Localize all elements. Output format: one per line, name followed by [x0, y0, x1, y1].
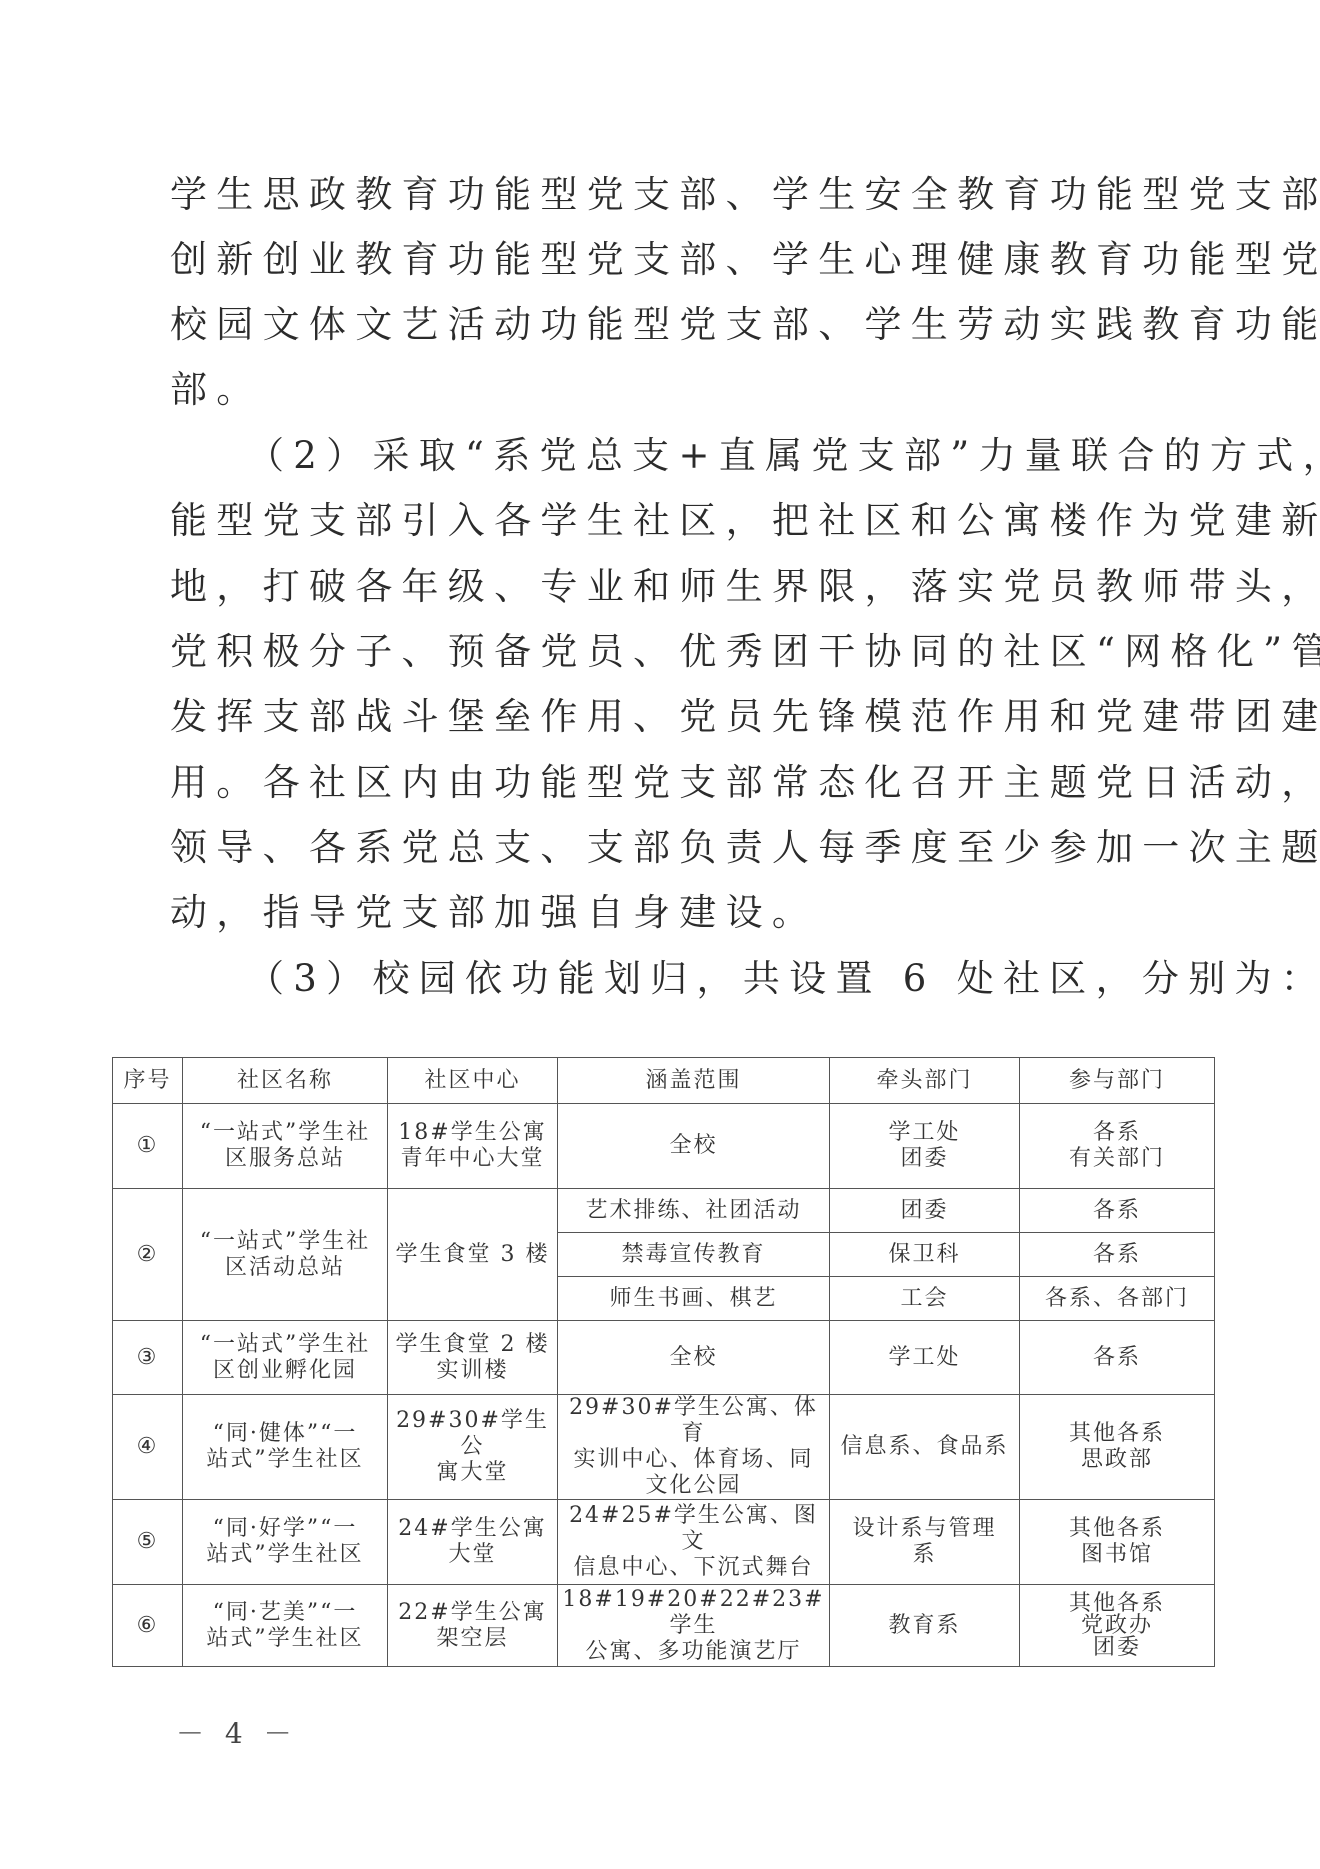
cell-participants: 各系 有关部门 — [1020, 1104, 1215, 1189]
cell-no: ③ — [113, 1321, 183, 1395]
cell-participants: 各系 — [1020, 1233, 1215, 1277]
header-scope: 涵盖范围 — [558, 1058, 830, 1104]
cell-participants: 各系 — [1020, 1321, 1215, 1395]
table-row: ① “一站式”学生社 区服务总站 18#学生公寓 青年中心大堂 全校 学工处 团… — [113, 1104, 1215, 1189]
cell-scope: 全校 — [558, 1104, 830, 1189]
paragraph-line: 发挥支部战斗堡垒作用、党员先锋模范作用和党建带团建引领作 — [170, 694, 1320, 740]
cell-center: 学生食堂 2 楼 实训楼 — [388, 1321, 558, 1395]
cell-center: 18#学生公寓 青年中心大堂 — [388, 1104, 558, 1189]
header-lead: 牵头部门 — [830, 1058, 1020, 1104]
cell-name: “一站式”学生社 区活动总站 — [183, 1189, 388, 1321]
community-table: 序号 社区名称 社区中心 涵盖范围 牵头部门 参与部门 ① “一站式”学生社 区… — [112, 1057, 1215, 1667]
paragraph-line: 领导、各系党总支、支部负责人每季度至少参加一次主题党日活 — [170, 825, 1320, 871]
cell-scope: 师生书画、棋艺 — [558, 1277, 830, 1321]
table-row: ② “一站式”学生社 区活动总站 学生食堂 3 楼 艺术排练、社团活动 团委 各… — [113, 1189, 1215, 1233]
header-participants: 参与部门 — [1020, 1058, 1215, 1104]
cell-participants: 其他各系 党政办 团委 — [1020, 1585, 1215, 1667]
table-header-row: 序号 社区名称 社区中心 涵盖范围 牵头部门 参与部门 — [113, 1058, 1215, 1104]
paragraph-line: 创新创业教育功能型党支部、学生心理健康教育功能型党支部、 — [170, 237, 1320, 283]
cell-no: ⑥ — [113, 1585, 183, 1667]
header-center: 社区中心 — [388, 1058, 558, 1104]
cell-name: “一站式”学生社 区服务总站 — [183, 1104, 388, 1189]
cell-lead: 学工处 — [830, 1321, 1020, 1395]
paragraph-line: 能型党支部引入各学生社区，把社区和公寓楼作为党建新的主阵 — [170, 498, 1320, 544]
table-row: ⑤ “同·好学”“一 站式”学生社区 24#学生公寓 大堂 24#25#学生公寓… — [113, 1500, 1215, 1585]
cell-participants: 各系、各部门 — [1020, 1277, 1215, 1321]
cell-lead: 设计系与管理 系 — [830, 1500, 1020, 1585]
cell-lead: 团委 — [830, 1189, 1020, 1233]
table-row: ④ “同·健体”“一 站式”学生社区 29#30#学生公 寓大堂 29#30#学… — [113, 1395, 1215, 1500]
table-row: ⑥ “同·艺美”“一 站式”学生社区 22#学生公寓 架空层 18#19#20#… — [113, 1585, 1215, 1667]
cell-no: ④ — [113, 1395, 183, 1500]
cell-name: “一站式”学生社 区创业孵化园 — [183, 1321, 388, 1395]
cell-scope: 禁毒宣传教育 — [558, 1233, 830, 1277]
page-number: － 4 － — [176, 1712, 298, 1752]
cell-name: “同·健体”“一 站式”学生社区 — [183, 1395, 388, 1500]
cell-lead: 学工处 团委 — [830, 1104, 1020, 1189]
cell-scope: 18#19#20#22#23#学生 公寓、多功能演艺厅 — [558, 1585, 830, 1667]
cell-center: 29#30#学生公 寓大堂 — [388, 1395, 558, 1500]
paragraph-line: 学生思政教育功能型党支部、学生安全教育功能型党支部、学生 — [170, 172, 1320, 218]
paragraph-3-heading-line: （3）校园依功能划归，共设置 6 处社区，分别为： — [247, 956, 1320, 1002]
cell-lead: 教育系 — [830, 1585, 1020, 1667]
cell-participants: 其他各系 图书馆 — [1020, 1500, 1215, 1585]
cell-scope: 24#25#学生公寓、图文 信息中心、下沉式舞台 — [558, 1500, 830, 1585]
paragraph-2-heading-line: （2）采取“系党总支+直属党支部”力量联合的方式，将功 — [247, 433, 1320, 479]
cell-scope: 全校 — [558, 1321, 830, 1395]
cell-no: ⑤ — [113, 1500, 183, 1585]
cell-name: “同·好学”“一 站式”学生社区 — [183, 1500, 388, 1585]
header-name: 社区名称 — [183, 1058, 388, 1104]
cell-participants: 各系 — [1020, 1189, 1215, 1233]
paragraph-line: 党积极分子、预备党员、优秀团干协同的社区“网格化”管理， — [170, 629, 1320, 675]
cell-name: “同·艺美”“一 站式”学生社区 — [183, 1585, 388, 1667]
header-no: 序号 — [113, 1058, 183, 1104]
cell-no: ① — [113, 1104, 183, 1189]
paragraph-line: 校园文体文艺活动功能型党支部、学生劳动实践教育功能型党支 — [170, 302, 1320, 348]
cell-lead: 保卫科 — [830, 1233, 1020, 1277]
cell-lead: 工会 — [830, 1277, 1020, 1321]
cell-center: 学生食堂 3 楼 — [388, 1189, 558, 1321]
cell-participants: 其他各系 思政部 — [1020, 1395, 1215, 1500]
cell-scope: 29#30#学生公寓、体育 实训中心、体育场、同 文化公园 — [558, 1395, 830, 1500]
document-page: 学生思政教育功能型党支部、学生安全教育功能型党支部、学生 创新创业教育功能型党支… — [0, 0, 1320, 1869]
cell-scope: 艺术排练、社团活动 — [558, 1189, 830, 1233]
cell-center: 22#学生公寓 架空层 — [388, 1585, 558, 1667]
paragraph-line: 部。 — [170, 367, 263, 413]
table-row: ③ “一站式”学生社 区创业孵化园 学生食堂 2 楼 实训楼 全校 学工处 各系 — [113, 1321, 1215, 1395]
paragraph-line: 用。各社区内由功能型党支部常态化召开主题党日活动，院党委 — [170, 760, 1320, 806]
cell-lead: 信息系、食品系 — [830, 1395, 1020, 1500]
cell-no: ② — [113, 1189, 183, 1321]
cell-center: 24#学生公寓 大堂 — [388, 1500, 558, 1585]
paragraph-line: 地，打破各年级、专业和师生界限，落实党员教师带头，师生入 — [170, 564, 1320, 610]
paragraph-line: 动，指导党支部加强自身建设。 — [170, 890, 818, 936]
